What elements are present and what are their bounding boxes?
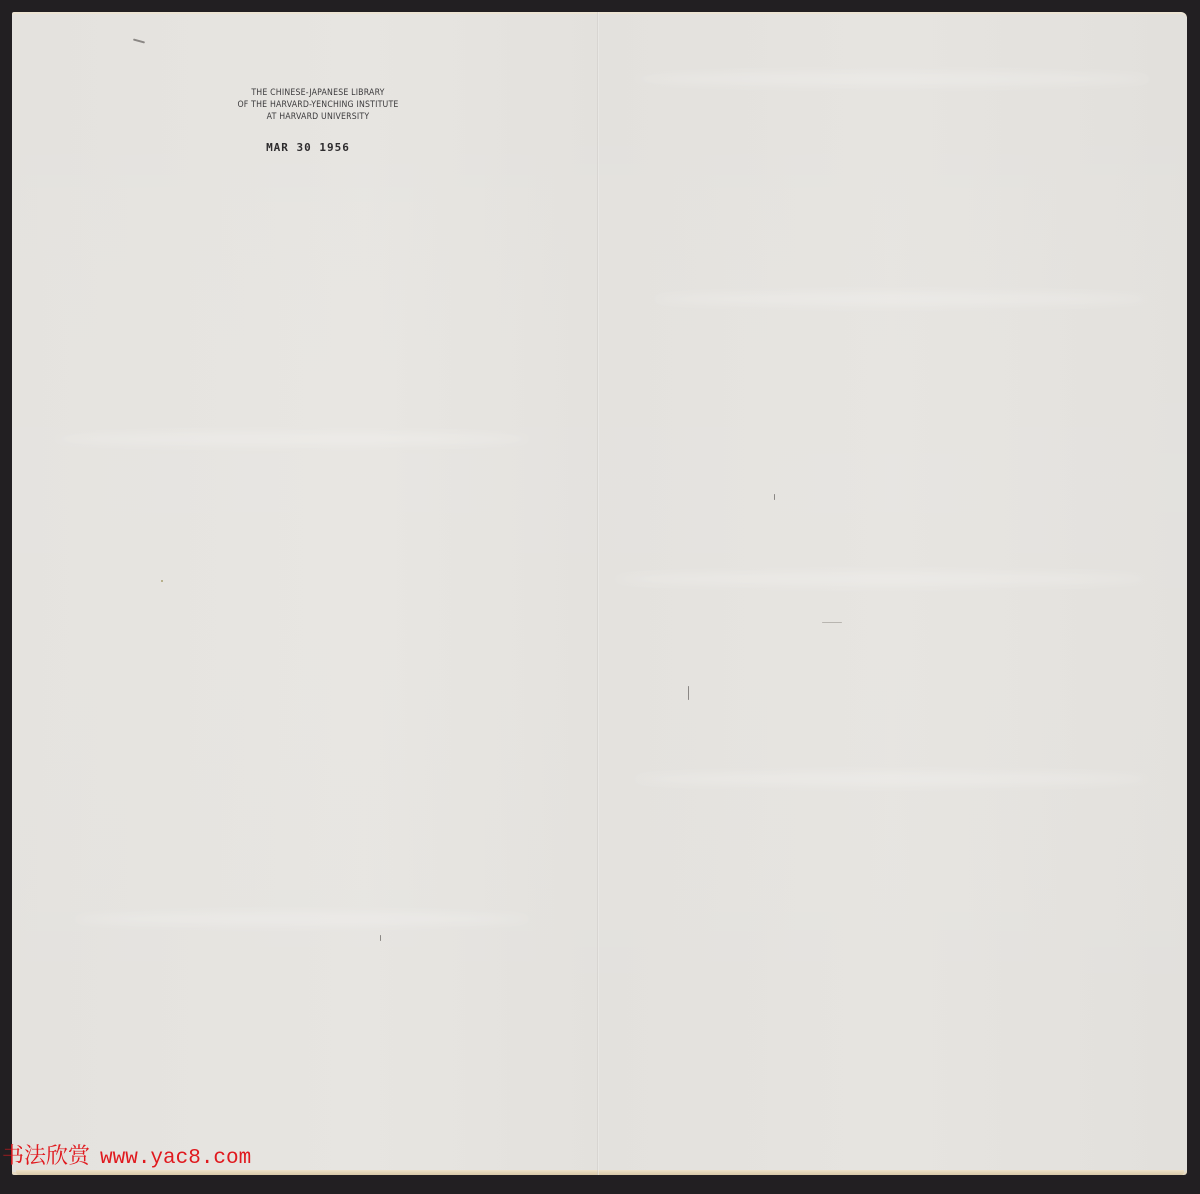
paper-mark (688, 686, 689, 700)
paper-mark (774, 494, 775, 500)
paper-mark (161, 580, 163, 582)
right-page (599, 12, 1187, 1175)
paper-mark (822, 622, 842, 623)
center-fold (597, 12, 599, 1175)
stamp-date: MAR 30 1956 (218, 141, 418, 154)
stamp-line: OF THE HARVARD-YENCHING INSTITUTE (226, 99, 410, 111)
stamp-line: THE CHINESE-JAPANESE LIBRARY (226, 87, 410, 99)
watermark-url: www.yac8.com (100, 1147, 251, 1170)
watermark-chinese-text: 书法欣赏 (2, 1144, 90, 1169)
paper-mark (380, 935, 381, 941)
left-page (12, 12, 598, 1175)
library-stamp: THE CHINESE-JAPANESE LIBRARY OF THE HARV… (218, 87, 418, 154)
stamp-line: AT HARVARD UNIVERSITY (226, 111, 410, 123)
site-watermark: 书法欣赏www.yac8.com (2, 1139, 251, 1170)
